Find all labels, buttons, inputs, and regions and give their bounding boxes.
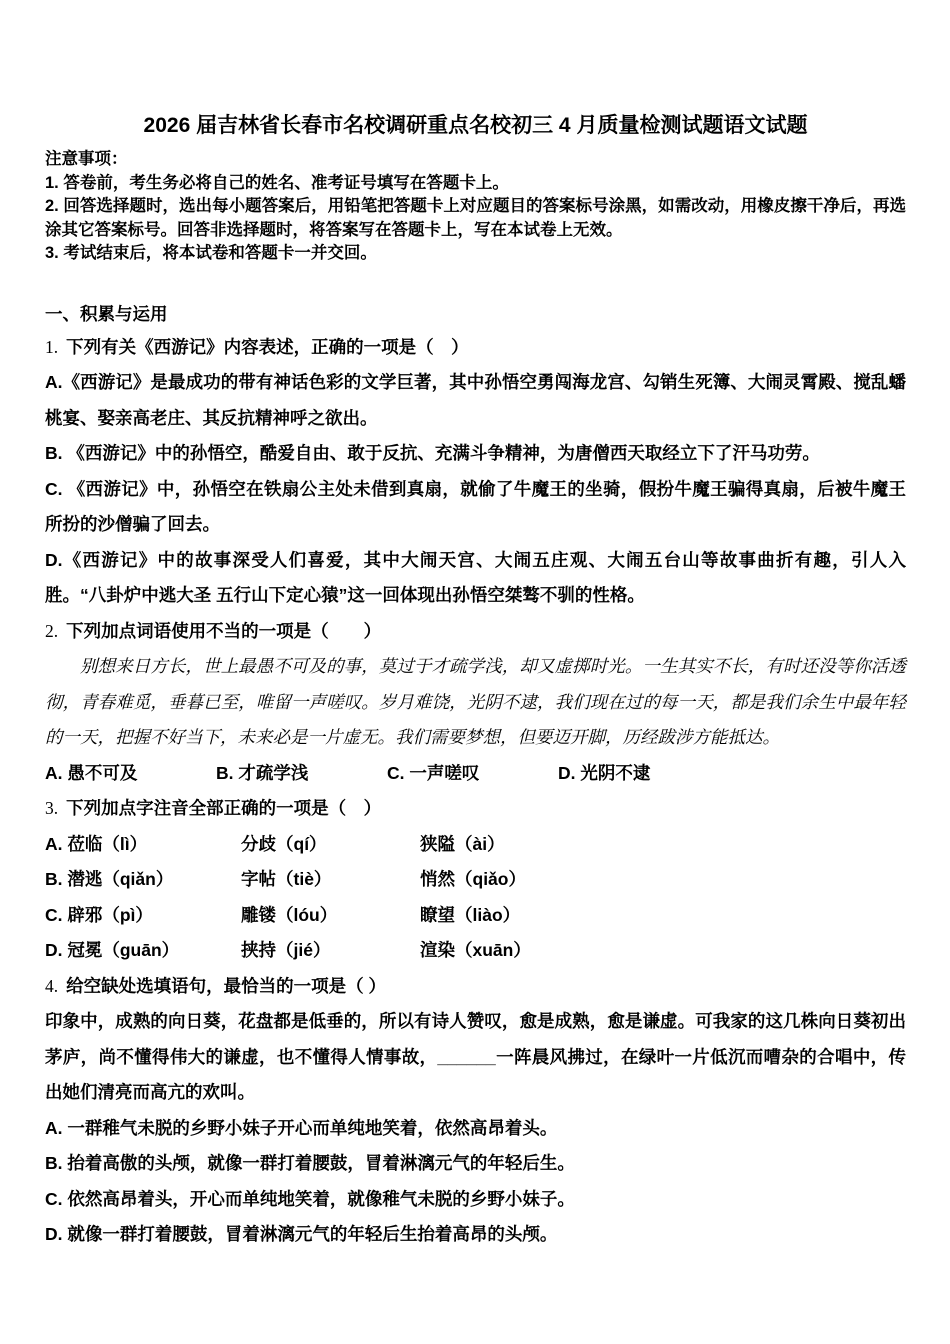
question-2-option-b: B. 才疏学浅 bbox=[216, 756, 387, 792]
question-4-option-b: B. 抬着高傲的头颅，就像一群打着腰鼓，冒着淋漓元气的年轻后生。 bbox=[45, 1146, 906, 1182]
question-2-option-c: C. 一声嗟叹 bbox=[387, 756, 558, 792]
question-4-stem-text: 给空缺处选填语句，最恰当的一项是（ ） bbox=[66, 976, 386, 996]
question-3-option-d-word-1: D. 冠冕（guān） bbox=[45, 933, 241, 969]
question-3-option-c-word-1: C. 辟邪（pì） bbox=[45, 898, 241, 934]
question-2-stem-text: 下列加点词语使用不当的一项是（ ） bbox=[66, 621, 381, 641]
question-3-stem-text: 下列加点字注音全部正确的一项是（ ） bbox=[66, 798, 381, 818]
notice-heading: 注意事项： bbox=[45, 148, 906, 172]
question-4-option-a: A. 一群稚气未脱的乡野小妹子开心而单纯地笑着，依然高昂着头。 bbox=[45, 1111, 906, 1147]
question-3-option-b-word-2: 字帖（tiè） bbox=[241, 862, 420, 898]
question-4-stem: 4.给空缺处选填语句，最恰当的一项是（ ） bbox=[45, 969, 906, 1005]
question-4-option-d: D. 就像一群打着腰鼓，冒着淋漓元气的年轻后生抬着高昂的头颅。 bbox=[45, 1217, 906, 1253]
question-3-option-d: D. 冠冕（guān） 挟持（jié） 渲染（xuān） bbox=[45, 933, 906, 969]
notice-item-1: 1. 答卷前，考生务必将自己的姓名、准考证号填写在答题卡上。 bbox=[45, 172, 906, 196]
question-2-option-a: A. 愚不可及 bbox=[45, 756, 216, 792]
question-3-option-d-word-3: 渲染（xuān） bbox=[420, 933, 906, 969]
question-3-option-d-word-2: 挟持（jié） bbox=[241, 933, 420, 969]
question-2-number: 2. bbox=[45, 621, 66, 641]
question-3-option-c: C. 辟邪（pì） 雕镂（lóu） 瞭望（liào） bbox=[45, 898, 906, 934]
question-2-option-d: D. 光阴不逮 bbox=[558, 756, 650, 792]
question-3-stem: 3.下列加点字注音全部正确的一项是（ ） bbox=[45, 791, 906, 827]
question-3-option-c-word-3: 瞭望（liào） bbox=[420, 898, 906, 934]
question-3-option-a-word-1: A. 莅临（lì） bbox=[45, 827, 241, 863]
question-1-option-b: B. 《西游记》中的孙悟空，酷爱自由、敢于反抗、充满斗争精神，为唐僧西天取经立下… bbox=[45, 436, 906, 472]
question-3-option-b-word-1: B. 潜逃（qiǎn） bbox=[45, 862, 241, 898]
question-2-passage: 别想来日方长，世上最愚不可及的事，莫过于才疏学浅，却又虚掷时光。一生其实不长，有… bbox=[45, 649, 906, 756]
question-2-options-row: A. 愚不可及 B. 才疏学浅 C. 一声嗟叹 D. 光阴不逮 bbox=[45, 756, 906, 792]
question-1-option-c: C. 《西游记》中，孙悟空在铁扇公主处未借到真扇，就偷了牛魔王的坐骑，假扮牛魔王… bbox=[45, 472, 906, 543]
question-3-option-a: A. 莅临（lì） 分歧（qí） 狭隘（ài） bbox=[45, 827, 906, 863]
question-3-option-a-word-3: 狭隘（ài） bbox=[420, 827, 906, 863]
question-3-option-b: B. 潜逃（qiǎn） 字帖（tiè） 悄然（qiǎo） bbox=[45, 862, 906, 898]
question-1-stem: 1.下列有关《西游记》内容表述，正确的一项是（ ） bbox=[45, 330, 906, 366]
question-3-number: 3. bbox=[45, 798, 66, 818]
question-4-number: 4. bbox=[45, 976, 66, 996]
page-title: 2026 届吉林省长春市名校调研重点名校初三 4 月质量检测试题语文试题 bbox=[45, 112, 906, 139]
question-3-option-c-word-2: 雕镂（lóu） bbox=[241, 898, 420, 934]
question-3-option-a-word-2: 分歧（qí） bbox=[241, 827, 420, 863]
exam-paper-page: 2026 届吉林省长春市名校调研重点名校初三 4 月质量检测试题语文试题 注意事… bbox=[0, 0, 950, 1344]
questions-section: 一、积累与运用 1.下列有关《西游记》内容表述，正确的一项是（ ） A.《西游记… bbox=[45, 302, 906, 1253]
notice-item-2: 2. 回答选择题时，选出每小题答案后，用铅笔把答题卡上对应题目的答案标号涂黑，如… bbox=[45, 195, 906, 242]
question-1-stem-text: 下列有关《西游记》内容表述，正确的一项是（ ） bbox=[66, 337, 469, 357]
notice-section: 注意事项： 1. 答卷前，考生务必将自己的姓名、准考证号填写在答题卡上。 2. … bbox=[45, 148, 906, 266]
question-4-option-c: C. 依然高昂着头，开心而单纯地笑着，就像稚气未脱的乡野小妹子。 bbox=[45, 1182, 906, 1218]
question-1-option-d: D.《西游记》中的故事深受人们喜爱，其中大闹天宫、大闹五庄观、大闹五台山等故事曲… bbox=[45, 543, 906, 614]
question-1-option-a: A.《西游记》是最成功的带有神话色彩的文学巨著，其中孙悟空勇闯海龙宫、勾销生死簿… bbox=[45, 365, 906, 436]
question-1-number: 1. bbox=[45, 337, 66, 357]
section-heading: 一、积累与运用 bbox=[45, 302, 906, 327]
notice-item-3: 3. 考试结束后，将本试卷和答题卡一并交回。 bbox=[45, 242, 906, 266]
question-3-option-b-word-3: 悄然（qiǎo） bbox=[420, 862, 906, 898]
question-4-passage: 印象中，成熟的向日葵，花盘都是低垂的，所以有诗人赞叹，愈是成熟，愈是谦虚。可我家… bbox=[45, 1004, 906, 1111]
question-2-stem: 2.下列加点词语使用不当的一项是（ ） bbox=[45, 614, 906, 650]
